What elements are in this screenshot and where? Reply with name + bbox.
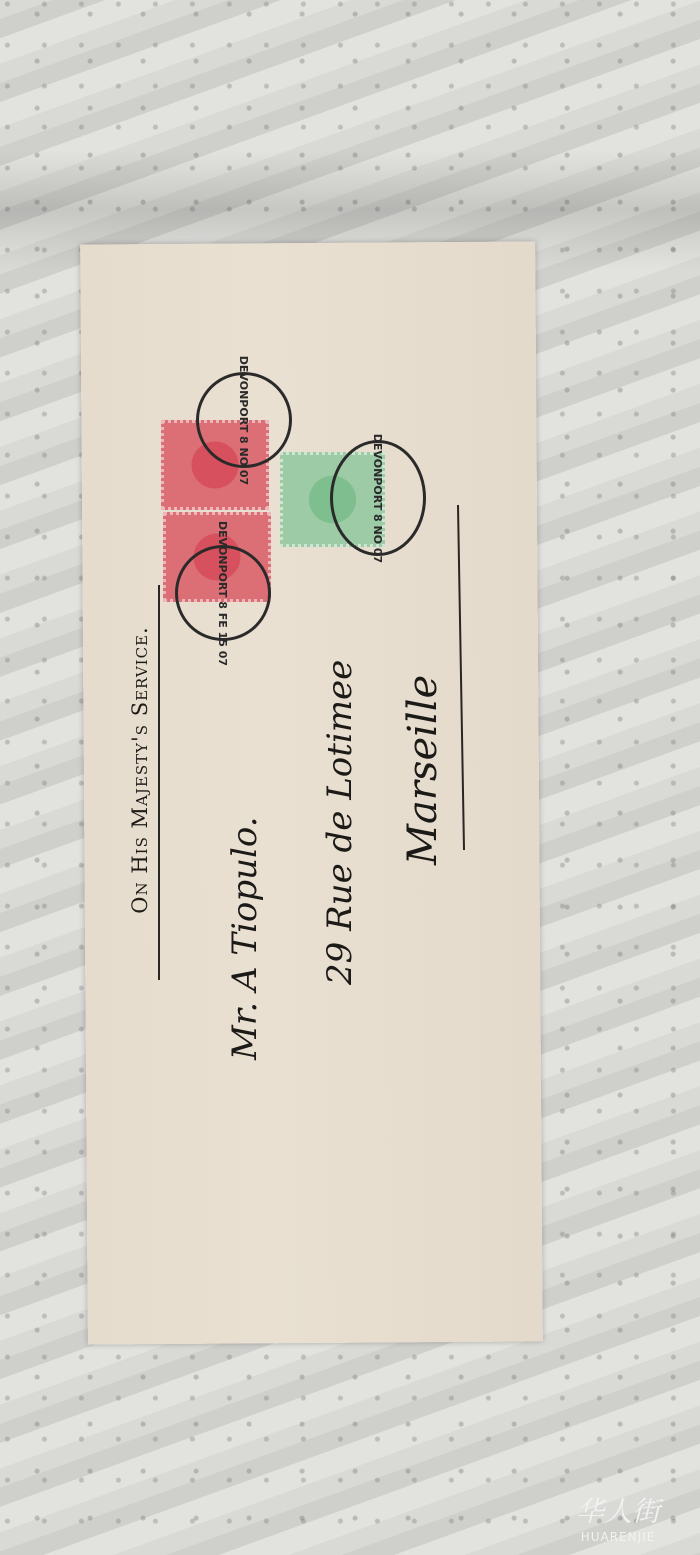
watermark-latin: HUARENJIE: [548, 1530, 688, 1544]
postmark-3: DEVONPORT 8 NO 07: [330, 440, 426, 556]
postmark-1: DEVONPORT 8 NO 07: [196, 372, 292, 468]
postmark-text: DEVONPORT 8 NO 07: [238, 355, 251, 484]
printed-heading: On His Majesty's Service.: [125, 560, 155, 980]
address-line-city: Marseille: [400, 675, 446, 865]
heading-underline: [158, 585, 160, 980]
postmark-text: DEVONPORT 8 NO 07: [372, 433, 385, 562]
postmark-text: DEVONPORT 8 FE 15 07: [217, 520, 230, 665]
watermark-chinese: 华人街: [548, 1490, 688, 1530]
heading-text: On His Majesty's Service.: [128, 626, 152, 913]
address-line-street: 29 Rue de Lotimee: [320, 660, 360, 985]
address-line-name: Mr. A Tiopulo.: [225, 816, 265, 1060]
watermark: 华人街 HUARENJIE: [548, 1490, 688, 1544]
postmark-2: DEVONPORT 8 FE 15 07: [175, 545, 271, 641]
